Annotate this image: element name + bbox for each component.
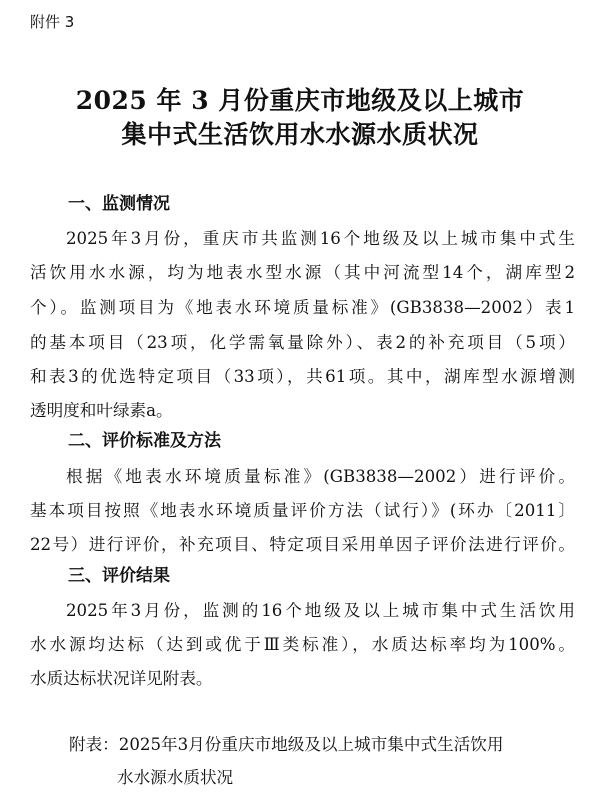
annex-line-1: 附表：2025年3月份重庆市地级及以上城市集中式生活饮用 — [69, 737, 503, 754]
paragraph-line: 基本项目按照《地表水环境质量评价方法（试行）》(环办〔2011〕 — [30, 503, 575, 520]
paragraph-line: 活饮用水水源，均为地表水型水源（其中河流型14个，湖库型2 — [30, 265, 575, 282]
title-line-1: 2025 年 3 月份重庆市地级及以上城市 — [0, 88, 600, 113]
section-heading: 一、监测情况 — [68, 196, 170, 213]
paragraph-line: 根据《地表水环境质量标准》(GB3838—2002）进行评价。 — [66, 469, 575, 486]
attachment-label: 附件 3 — [30, 15, 74, 30]
paragraph-line: 的基本项目（23项，化学需氧量除外）、表2的补充项目（5项） — [30, 335, 575, 352]
title-line-2: 集中式生活饮用水水源水质状况 — [0, 122, 600, 147]
paragraph-line: 2025年3月份，重庆市共监测16个地级及以上城市集中式生 — [66, 231, 575, 248]
paragraph-line: 个）。监测项目为《地表水环境质量标准》(GB3838—2002）表1 — [30, 300, 575, 317]
paragraph-line: 和表3的优选特定项目（33项），共61项。其中，湖库型水源增测 — [30, 369, 575, 386]
paragraph-line: 水质达标状况详见附表。 — [30, 671, 575, 688]
section-heading: 三、评价结果 — [68, 568, 170, 585]
section-heading: 二、评价标准及方法 — [68, 433, 221, 450]
annex-line-2: 水水源水质状况 — [117, 770, 233, 787]
paragraph-line: 2025年3月份，监测的16个地级及以上城市集中式生活饮用 — [66, 603, 575, 620]
paragraph-line: 透明度和叶绿素a。 — [30, 403, 575, 420]
paragraph-line: 22号）进行评价，补充项目、特定项目采用单因子评价法进行评价。 — [30, 537, 575, 554]
paragraph-line: 水水源均达标（达到或优于Ⅲ类标准），水质达标率均为100%。 — [30, 637, 575, 654]
